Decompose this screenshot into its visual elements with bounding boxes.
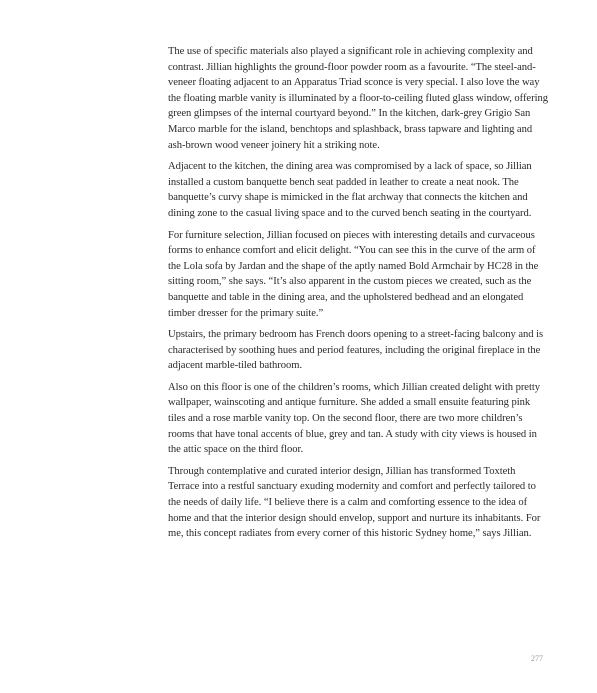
page-number: 277 [531, 654, 543, 663]
document-page: The use of specific materials also playe… [0, 0, 597, 693]
paragraph-dining-area: Adjacent to the kitchen, the dining area… [168, 159, 548, 221]
paragraph-furniture: For furniture selection, Jillian focused… [168, 228, 548, 322]
paragraph-conclusion: Through contemplative and curated interi… [168, 464, 548, 542]
paragraph-materials: The use of specific materials also playe… [168, 44, 548, 153]
article-body: The use of specific materials also playe… [168, 44, 548, 548]
paragraph-childrens-rooms: Also on this floor is one of the childre… [168, 380, 548, 458]
paragraph-primary-bedroom: Upstairs, the primary bedroom has French… [168, 327, 548, 374]
